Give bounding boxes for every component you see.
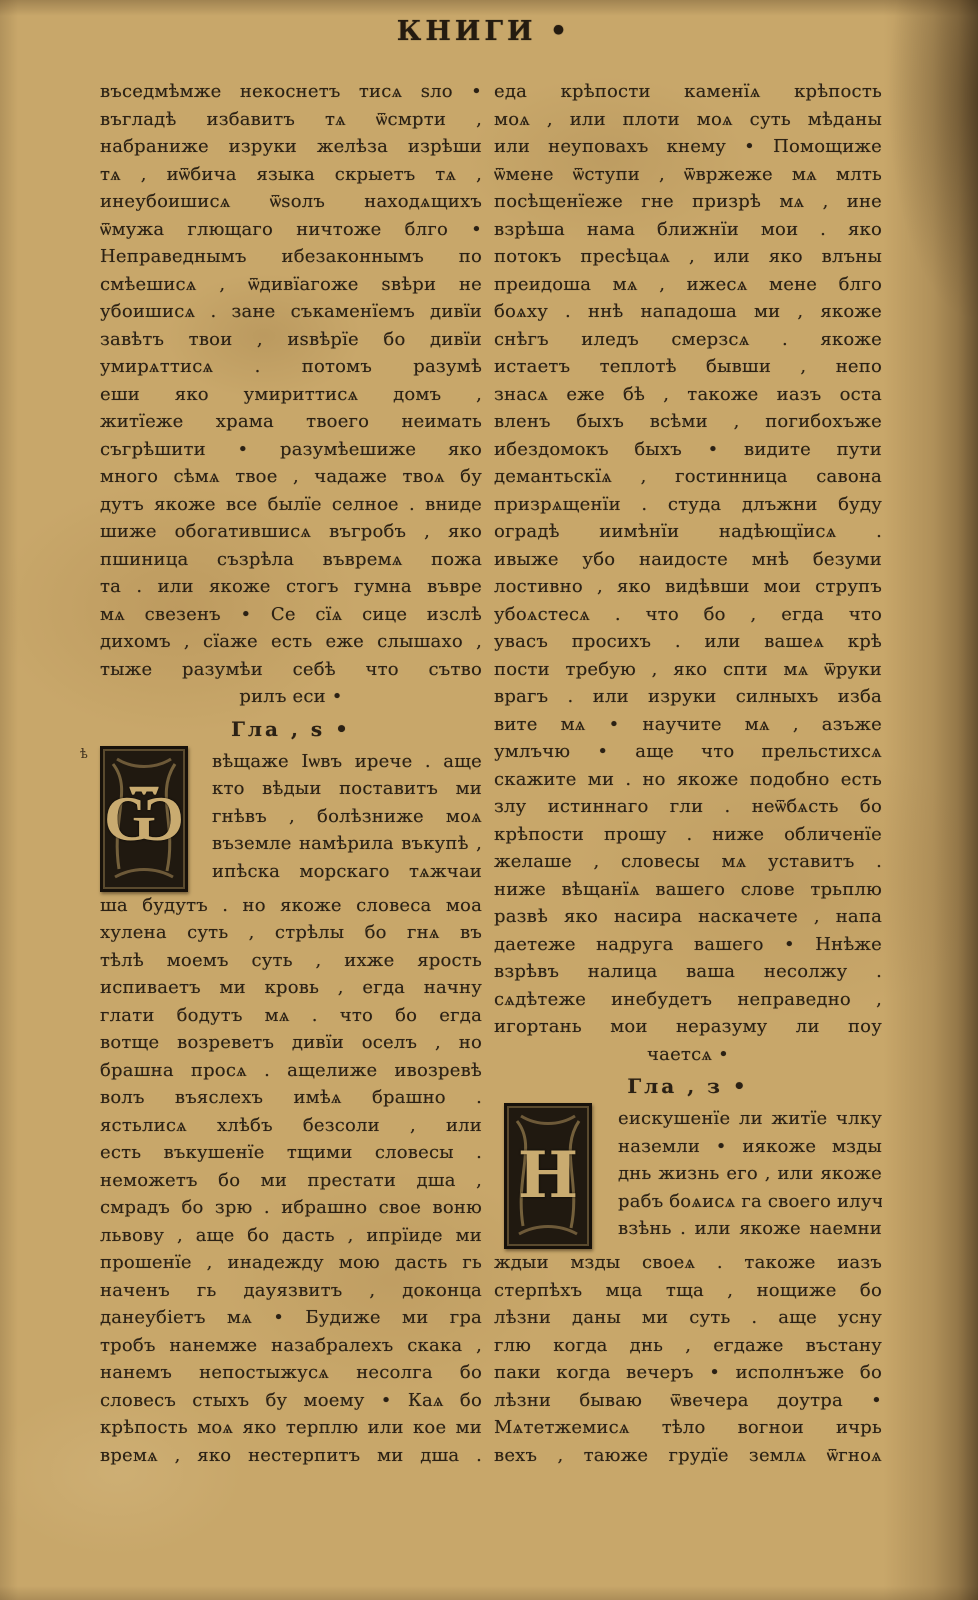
text-line: львову , аще бо дасть , ипрїиде ми: [100, 1222, 482, 1250]
text-line: демантьскїѧ , гостинница савона: [494, 463, 882, 491]
text-columns: въседмѣмже некоснетъ тисѧ ѕло •въгладѣ и…: [100, 78, 882, 1469]
text-line: много сѣмѧ твое , чадаже твоѧ бу: [100, 463, 482, 491]
text-line: стерпѣхъ мца тща , нощиже бо: [494, 1277, 882, 1305]
text-line: Неправеднымъ ибезаконнымъ по: [100, 243, 482, 271]
text-line: житїеже храма твоего неимать: [100, 408, 482, 436]
text-line: истаетъ теплотѣ бывши , непо: [494, 353, 882, 381]
text-line: набраниже изруки желѣза изрѣши: [100, 133, 482, 161]
text-line: кто вѣдыи поставитъ ми: [212, 775, 482, 803]
right-dropcap-row: Н еискушенїе ли житїе члкуназемли • ияко…: [494, 1103, 882, 1249]
text-line: посѣщенїеже гне призрѣ мѧ , ине: [494, 188, 882, 216]
text-line: наземли • иякоже мзды: [618, 1133, 882, 1161]
text-line: моѧ , или плоти моѧ суть мѣданы: [494, 106, 882, 134]
text-line: волъ въяслехъ имѣѧ брашно .: [100, 1084, 482, 1112]
text-line: испиваетъ ми кровь , егда начну: [100, 974, 482, 1002]
text-line: ивыже убо наидосте мнѣ безуми: [494, 546, 882, 574]
text-line: скажите ми . но якоже подобно есть: [494, 766, 882, 794]
text-line: тѧ , иѿбича языка скрыетъ тѧ ,: [100, 161, 482, 189]
text-line: глати бодутъ мѧ . что бо егда: [100, 1002, 482, 1030]
text-line: потокъ пресѣцаѧ , или яко влъны: [494, 243, 882, 271]
text-line: вехъ , таюже грудїе землѧ ѿгноѧ: [494, 1442, 882, 1470]
text-line: преидоша мѧ , ижесѧ мене блго: [494, 271, 882, 299]
text-line: взѣнь . или якоже наемни: [618, 1215, 882, 1243]
text-line: или неуповахъ кнему • Помощиже: [494, 133, 882, 161]
chapter-heading-6: Гла , ѕ •: [100, 714, 482, 744]
book-page: КНИГИ • ѣ въседмѣмже некоснетъ тисѧ ѕло …: [0, 0, 978, 1600]
margin-gloss: ѣ: [80, 748, 88, 761]
text-line: въседмѣмже некоснетъ тисѧ ѕло •: [100, 78, 482, 106]
drop-cap-letter: Н: [518, 1144, 578, 1208]
left-paragraph-2: ша будутъ . но якоже словеса моахулена с…: [100, 892, 482, 1470]
text-line: прошенїе , инадежду мою дасть гь: [100, 1249, 482, 1277]
text-line: увасъ просихъ . или вашеѧ крѣ: [494, 628, 882, 656]
right-paragraph-1: еда крѣпости каменїѧ крѣпостьмоѧ , или п…: [494, 78, 882, 1068]
left-paragraph-1: въседмѣмже некоснетъ тисѧ ѕло •въгладѣ и…: [100, 78, 482, 711]
text-line: тѣлѣ моемъ суть , ихже ярость: [100, 947, 482, 975]
text-line: дутъ якоже все былїе селное . вниде: [100, 491, 482, 519]
text-line: ждыи мзды своеѧ . такоже иазъ: [494, 1249, 882, 1277]
text-line: чаетсѧ •: [494, 1041, 882, 1069]
text-line: лѣзни бываю ѿвечера доутра •: [494, 1387, 882, 1415]
text-line: крѣпости прошу . ниже обличенїе: [494, 821, 882, 849]
text-line: паки когда вечеръ • исполнъже бо: [494, 1359, 882, 1387]
text-line: та . или якоже стогъ гумна въвре: [100, 573, 482, 601]
text-line: желаше , словесы мѧ уставитъ .: [494, 848, 882, 876]
right-column: еда крѣпости каменїѧ крѣпостьмоѧ , или п…: [494, 78, 882, 1469]
text-line: крѣпость моѧ яко терплю или кое ми: [100, 1414, 482, 1442]
page-header: КНИГИ •: [100, 16, 868, 47]
text-line: рилъ еси •: [100, 683, 482, 711]
text-line: ипѣска морскаго тѧжчаи: [212, 858, 482, 886]
text-line: умлъчю • аще что прельстихсѧ: [494, 738, 882, 766]
text-line: пшиница съзрѣла въвремѧ пожа: [100, 546, 482, 574]
text-line: вотще возреветъ дивїи оселъ , но: [100, 1029, 482, 1057]
text-line: еискушенїе ли житїе члку: [618, 1105, 882, 1133]
text-line: смѣешисѧ , ѿдивїагоже ѕвѣри не: [100, 271, 482, 299]
text-line: тыже разумѣи себѣ что сътво: [100, 656, 482, 684]
text-line: мѧ свезенъ • Се сїѧ сице изслѣ: [100, 601, 482, 629]
text-line: времѧ , яко нестерпитъ ми дша .: [100, 1442, 482, 1470]
text-line: вите мѧ • научите мѧ , азъже: [494, 711, 882, 739]
text-line: наченъ гь дауязвитъ , доконца: [100, 1277, 482, 1305]
text-line: Мѧтетжемисѧ тѣло вогнои ичрь: [494, 1414, 882, 1442]
drop-cap-letter: Ѿ: [104, 787, 184, 851]
drop-cap-block-omega: Ѿ: [100, 746, 188, 892]
right-paragraph-2: ждыи мзды своеѧ . такоже иазъстерпѣхъ мц…: [494, 1249, 882, 1469]
text-line: съгрѣшити • разумѣешиже яко: [100, 436, 482, 464]
text-line: еда крѣпости каменїѧ крѣпость: [494, 78, 882, 106]
text-line: даетеже надруга вашего • Ннѣже: [494, 931, 882, 959]
text-line: вленъ быхъ всѣми , погибохъже: [494, 408, 882, 436]
text-line: умирѧттисѧ . потомъ разумѣ: [100, 353, 482, 381]
text-line: данеубіетъ мѧ • Будиже ми гра: [100, 1304, 482, 1332]
text-line: врагъ . или изруки силныхъ изба: [494, 683, 882, 711]
text-line: словесъ стыхъ бу моему • Каѧ бо: [100, 1387, 482, 1415]
text-line: еши яко умириттисѧ домъ ,: [100, 381, 482, 409]
text-line: глю когда днь , егдаже въстану: [494, 1332, 882, 1360]
text-line: гнѣвъ , болѣзниже моѧ: [212, 803, 482, 831]
text-line: ѿмене ѿступи , ѿвржеже мѧ млть: [494, 161, 882, 189]
text-line: вѣщаже Іѡвъ ирече . аще: [212, 748, 482, 776]
text-line: рабъ боѧисѧ га своего илучи: [618, 1188, 882, 1216]
text-line: сѧдѣтеже инебудетъ неправедно ,: [494, 986, 882, 1014]
text-line: пости требую , яко спти мѧ ѿруки: [494, 656, 882, 684]
text-line: въземле намѣрила въкупѣ ,: [212, 830, 482, 858]
text-line: нанемъ непостыжусѧ несолга бо: [100, 1359, 482, 1387]
text-line: знасѧ еже бѣ , такоже иазъ оста: [494, 381, 882, 409]
text-line: ниже вѣщанїѧ вашего слове трьплю: [494, 876, 882, 904]
text-line: днь жизнь его , или якоже: [618, 1160, 882, 1188]
text-line: шиже обогатившисѧ въгробъ , яко: [100, 518, 482, 546]
text-line: взрѣша нама ближнїи мои . яко: [494, 216, 882, 244]
text-line: убоишисѧ . зане съкаменїемъ дивїи: [100, 298, 482, 326]
text-line: въгладѣ избавитъ тѧ ѿсмрти ,: [100, 106, 482, 134]
left-column: въседмѣмже некоснетъ тисѧ ѕло •въгладѣ и…: [100, 78, 482, 1469]
text-line: неможетъ бо ми престати дша ,: [100, 1167, 482, 1195]
text-line: ѿмужа глющаго ничтоже блго •: [100, 216, 482, 244]
text-line: убоѧстесѧ . что бо , егда что: [494, 601, 882, 629]
text-line: дихомъ , сїаже есть еже слышахо ,: [100, 628, 482, 656]
text-line: развѣ яко насира наскачете , напа: [494, 903, 882, 931]
text-line: ша будутъ . но якоже словеса моа: [100, 892, 482, 920]
text-line: тробъ нанемже назабралехъ скака ,: [100, 1332, 482, 1360]
text-line: ибездомокъ быхъ • видите пути: [494, 436, 882, 464]
text-line: призрѧщенїи . студа длъжни буду: [494, 491, 882, 519]
text-line: оградѣ иимѣнїи надѣющїисѧ .: [494, 518, 882, 546]
left-dropcap-row: Ѿ вѣщаже Іѡвъ ирече . ащекто вѣдыи поста…: [100, 746, 482, 892]
left-indent-lines: вѣщаже Іѡвъ ирече . ащекто вѣдыи постави…: [212, 746, 482, 886]
text-line: есть въкушенїе тщими словесы .: [100, 1139, 482, 1167]
text-line: хулена суть , стрѣлы бо гнѧ въ: [100, 919, 482, 947]
text-line: ястьлисѧ хлѣбъ безсоли , или: [100, 1112, 482, 1140]
text-line: боѧху . ннѣ нападоша ми , якоже: [494, 298, 882, 326]
text-line: снѣгъ иледъ смерзсѧ . якоже: [494, 326, 882, 354]
chapter-heading-7: Гла , з •: [494, 1071, 882, 1101]
drop-cap-block-n: Н: [504, 1103, 592, 1249]
text-line: брашна просѧ . ащелиже ивозревѣ: [100, 1057, 482, 1085]
text-line: лѣзни даны ми суть . аще усну: [494, 1304, 882, 1332]
text-line: инеубоишисѧ ѿѕолъ находѧщихъ: [100, 188, 482, 216]
text-line: игортань мои неразуму ли поу: [494, 1013, 882, 1041]
text-line: лостивно , яко видѣвши мои струпъ: [494, 573, 882, 601]
text-line: взрѣвъ налица ваша несолжу .: [494, 958, 882, 986]
text-line: злу истиннаго гли . неѿбѧсть бо: [494, 793, 882, 821]
text-line: завѣтъ твои , иѕвѣрїе бо дивїи: [100, 326, 482, 354]
text-line: смрадъ бо зрю . ибрашно свое воню: [100, 1194, 482, 1222]
right-indent-lines: еискушенїе ли житїе члкуназемли • иякоже…: [618, 1103, 882, 1243]
